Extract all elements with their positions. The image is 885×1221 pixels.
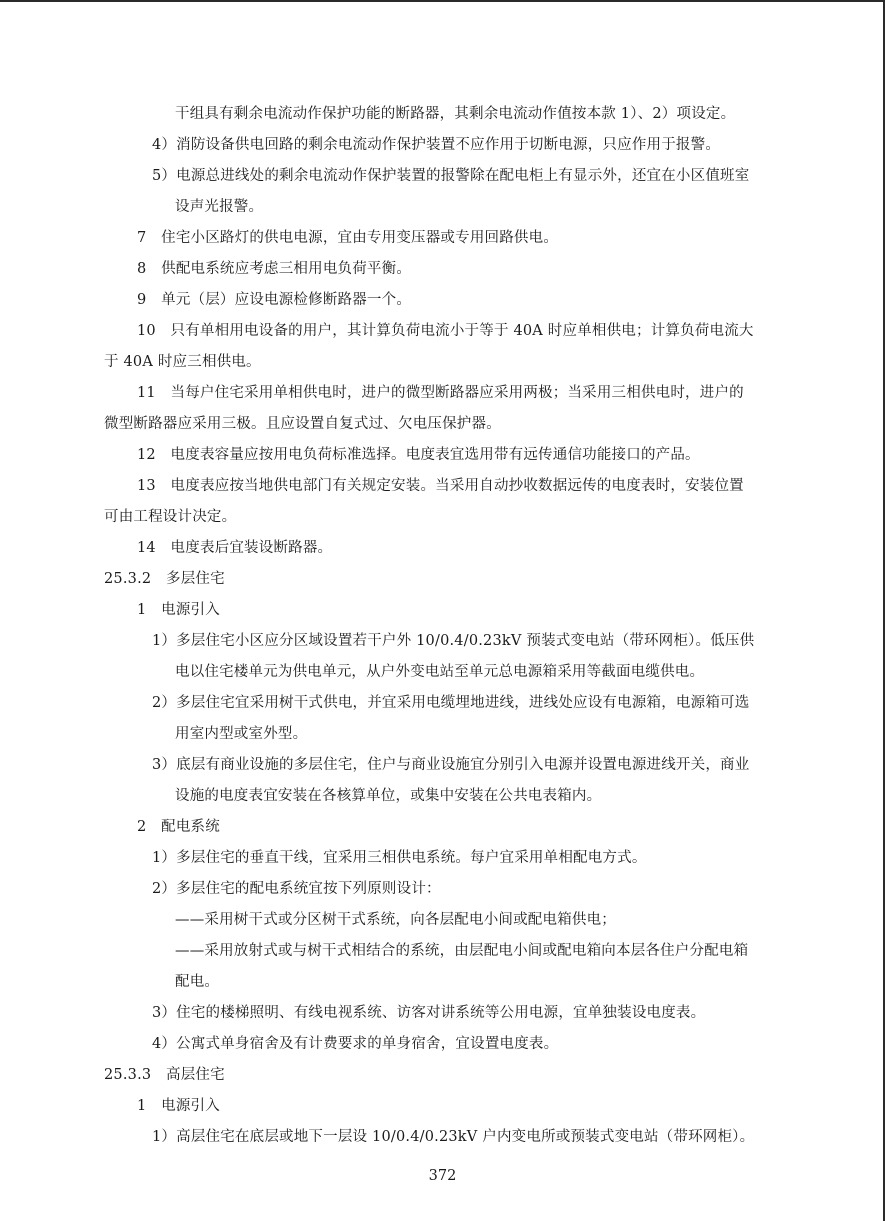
text-line: 11 当每户住宅采用单相供电时，进户的微型断路器应采用两极；当采用三相供电时，进… — [137, 383, 744, 403]
text-line: 1）多层住宅小区应分区域设置若干户外 10/0.4/0.23kV 预装式变电站（… — [152, 631, 754, 651]
text-line: 配电。 — [175, 972, 219, 992]
text-line: 用室内型或室外型。 — [175, 724, 307, 744]
text-line: 10 只有单相用电设备的用户，其计算负荷电流小于等于 40A 时应单相供电；计算… — [137, 321, 754, 341]
text-line: 4）消防设备供电回路的剩余电流动作保护装置不应作用于切断电源，只应作用于报警。 — [152, 135, 720, 155]
text-line: 可由工程设计决定。 — [104, 507, 236, 527]
text-line: 13 电度表应按当地供电部门有关规定安装。当采用自动抄收数据远传的电度表时，安装… — [137, 476, 744, 496]
page-number: 372 — [0, 1168, 885, 1184]
text-line: 1 电源引入 — [137, 1096, 220, 1116]
text-line: 微型断路器应采用三极。且应设置自复式过、欠电压保护器。 — [104, 414, 501, 434]
text-line: 8 供配电系统应考虑三相用电负荷平衡。 — [137, 259, 411, 279]
section-heading: 25.3.2 多层住宅 — [104, 569, 225, 589]
text-line: 设施的电度表宜安装在各核算单位，或集中安装在公共电表箱内。 — [175, 786, 601, 806]
text-line: 2）多层住宅的配电系统宜按下列原则设计： — [152, 879, 441, 899]
text-line: 5）电源总进线处的剩余电流动作保护装置的报警除在配电柜上有显示外，还宜在小区值班… — [152, 166, 749, 186]
text-line: 1）高层住宅在底层或地下一层设 10/0.4/0.23kV 户内变电所或预装式变… — [152, 1127, 754, 1147]
text-line: 9 单元（层）应设电源检修断路器一个。 — [137, 290, 411, 310]
text-line: 3）底层有商业设施的多层住宅，住户与商业设施宜分别引入电源并设置电源进线开关，商… — [152, 755, 749, 775]
text-line: 12 电度表容量应按用电负荷标准选择。电度表宜选用带有远传通信功能接口的产品。 — [137, 445, 700, 465]
text-line: 设声光报警。 — [175, 197, 263, 217]
text-line: 2）多层住宅宜采用树干式供电，并宜采用电缆埋地进线，进线处应设有电源箱，电源箱可… — [152, 693, 749, 713]
text-line: 2 配电系统 — [137, 817, 220, 837]
page-top-border — [0, 0, 885, 2]
text-line: ——采用放射式或与树干式相结合的系统，由层配电小间或配电箱向本层各住户分配电箱 — [175, 941, 748, 961]
section-heading: 25.3.3 高层住宅 — [104, 1065, 225, 1085]
text-line: 于 40A 时应三相供电。 — [104, 352, 261, 372]
text-line: 电以住宅楼单元为供电单元，从户外变电站至单元总电源箱采用等截面电缆供电。 — [175, 662, 704, 682]
text-line: 干组具有剩余电流动作保护功能的断路器，其剩余电流动作值按本款 1）、2）项设定。 — [175, 104, 735, 124]
text-line: 14 电度表后宜装设断路器。 — [137, 538, 332, 558]
text-line: 7 住宅小区路灯的供电电源，宜由专用变压器或专用回路供电。 — [137, 228, 558, 248]
text-line: 4）公寓式单身宿舍及有计费要求的单身宿舍，宜设置电度表。 — [152, 1034, 558, 1054]
text-line: 1）多层住宅的垂直干线，宜采用三相供电系统。每户宜采用单相配电方式。 — [152, 848, 647, 868]
text-line: 1 电源引入 — [137, 600, 220, 620]
text-line: 3）住宅的楼梯照明、有线电视系统、访客对讲系统等公用电源，宜单独装设电度表。 — [152, 1003, 705, 1023]
text-line: ——采用树干式或分区树干式系统，向各层配电小间或配电箱供电； — [175, 910, 616, 930]
